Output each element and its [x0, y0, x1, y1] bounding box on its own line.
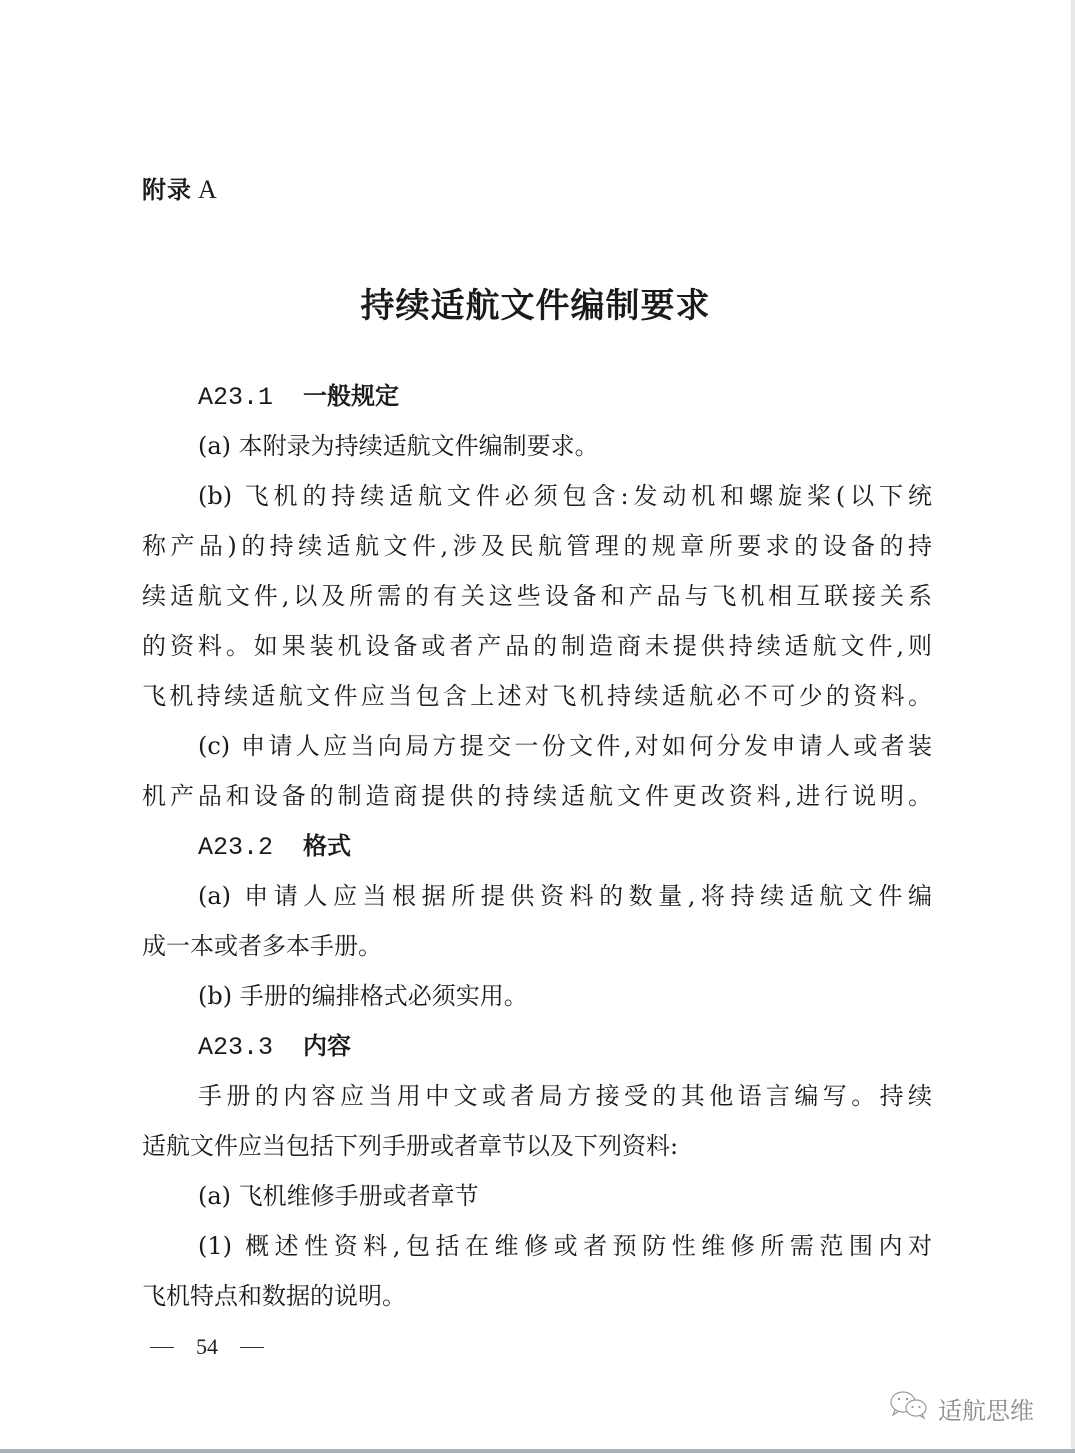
- paragraph-line: 飞机持续适航文件应当包含上述对飞机持续适航必不可少的资料。: [142, 671, 932, 721]
- dash-right: [240, 1347, 264, 1348]
- wechat-icon: [888, 1390, 938, 1426]
- paragraph-line: (a) 本附录为持续适航文件编制要求。: [198, 421, 932, 471]
- section-number: A23.2: [198, 833, 273, 862]
- paragraph-line: 续适航文件,以及所需的有关这些设备和产品与飞机相互联接关系: [142, 571, 932, 621]
- paragraph-line: 成一本或者多本手册。: [142, 921, 932, 971]
- paragraph-line: (c) 申请人应当向局方提交一份文件,对如何分发申请人或者装: [198, 721, 932, 771]
- paragraph-line: (a) 申请人应当根据所提供资料的数量,将持续适航文件编: [198, 871, 932, 921]
- paragraph-line: (1) 概述性资料,包括在维修或者预防性维修所需范围内对: [198, 1221, 932, 1271]
- watermark: 适航思维: [888, 1390, 1034, 1426]
- paragraph-line: (b) 飞机的持续适航文件必须包含:发动机和螺旋桨(以下统: [198, 471, 932, 521]
- paragraph-line: 手册的内容应当用中文或者局方接受的其他语言编写。持续: [198, 1071, 932, 1121]
- section-heading-a23-2: A23.2格式: [198, 821, 351, 871]
- section-number: A23.1: [198, 383, 273, 412]
- appendix-label-text: 附录: [142, 176, 192, 204]
- section-title: 格式: [303, 832, 351, 860]
- section-heading-a23-3: A23.3内容: [198, 1021, 351, 1071]
- section-number: A23.3: [198, 1033, 273, 1062]
- paragraph-line: 称产品)的持续适航文件,涉及民航管理的规章所要求的设备的持: [142, 521, 932, 571]
- section-title: 一般规定: [303, 382, 399, 410]
- dash-left: [150, 1347, 174, 1348]
- right-gutter: [1071, 0, 1075, 1449]
- watermark-text: 适航思维: [938, 1391, 1034, 1426]
- paragraph-line: 适航文件应当包括下列手册或者章节以及下列资料:: [142, 1121, 932, 1171]
- paragraph-line: 飞机特点和数据的说明。: [142, 1271, 932, 1321]
- appendix-letter: A: [198, 175, 218, 204]
- document-title: 持续适航文件编制要求: [0, 278, 1071, 327]
- paragraph-line: (a) 飞机维修手册或者章节: [198, 1171, 932, 1221]
- appendix-label: 附录A: [142, 170, 218, 205]
- section-title: 内容: [303, 1032, 351, 1060]
- paragraph-line: (b) 手册的编排格式必须实用。: [198, 971, 932, 1021]
- paragraph-line: 机产品和设备的制造商提供的持续适航文件更改资料,进行说明。: [142, 771, 932, 821]
- paragraph-line: 的资料。如果装机设备或者产品的制造商未提供持续适航文件,则: [142, 621, 932, 671]
- section-heading-a23-1: A23.1一般规定: [198, 371, 399, 421]
- page-number-value: 54: [196, 1334, 218, 1360]
- bottom-rule: [0, 1449, 1075, 1453]
- page-number: 54: [150, 1334, 264, 1360]
- document-page: 附录A 持续适航文件编制要求 A23.1一般规定 (a) 本附录为持续适航文件编…: [0, 0, 1071, 1449]
